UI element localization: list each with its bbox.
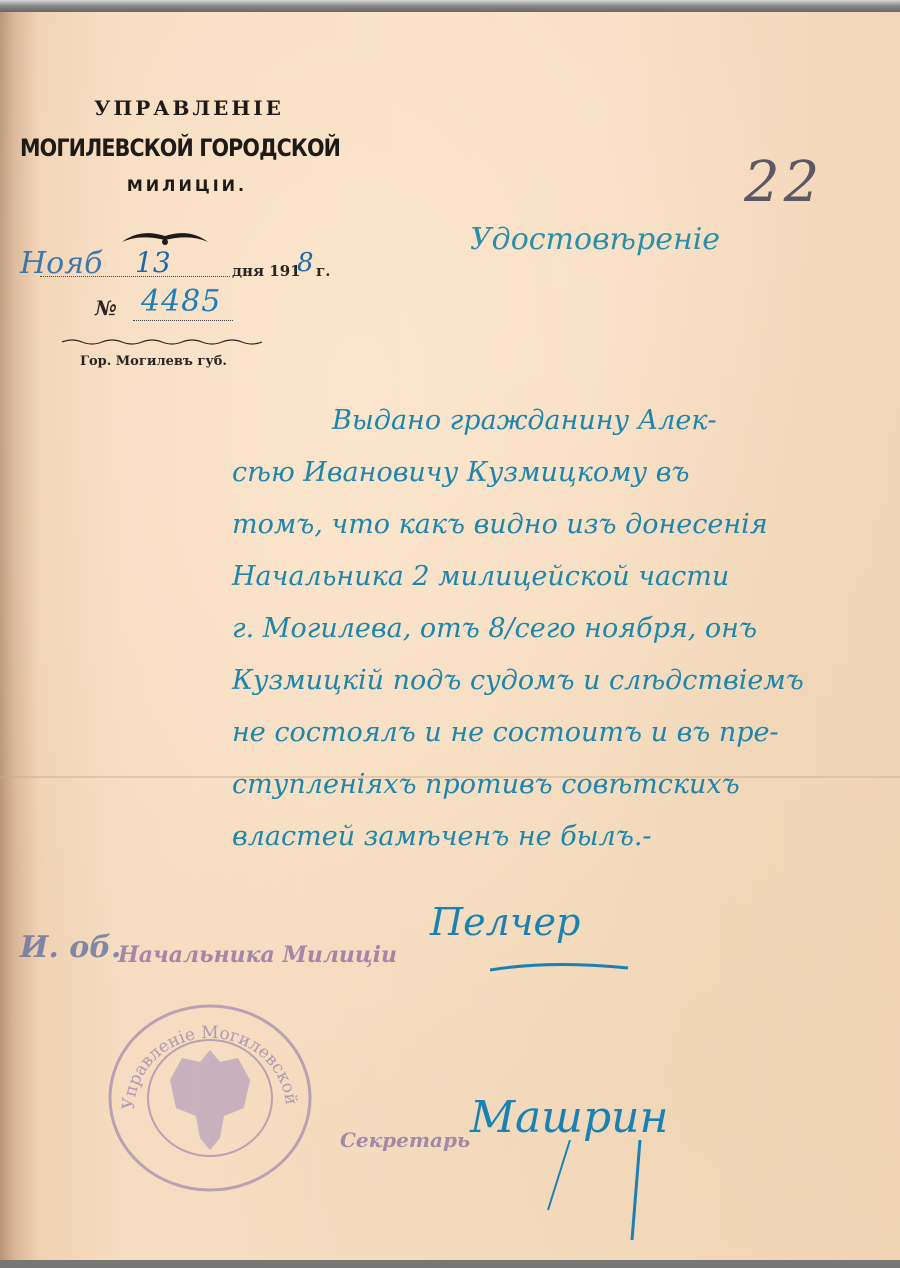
body-line: ступленіяхъ противъ совѣтскихъ [232,759,900,811]
letterhead-line-1: УПРАВЛЕНІЕ [48,96,330,120]
document-number-field: № 4485 [95,290,295,330]
signature-flourish-icon [490,960,630,974]
document-number-handwritten: 4485 [141,284,221,319]
acting-prefix: И. об. [20,930,121,965]
letterhead-line-3: МИЛИЦІИ. [44,176,330,195]
official-seal-icon: Управленіе Могилевской Городской Милиціи [104,1000,316,1196]
body-line: Выдано гражданину Алек- [232,395,900,447]
document-body: Выдано гражданину Алек- сѣю Ивановичу Ку… [232,395,900,863]
body-line: не состоялъ и не состоитъ и въ пре- [232,707,900,759]
date-field: Нояб 13 дня 191 8 г. [20,246,340,286]
chief-signature: Пелчер [430,900,580,944]
body-line: Кузмицкій подъ судомъ и слѣдствіемъ [232,655,900,707]
secretary-signature: Машрин [470,1092,668,1143]
archive-page-number: 22 [744,150,823,215]
ornament-icon [120,228,210,248]
wavy-rule-icon [62,337,262,347]
letterhead-line-2: МОГИЛЕВСКОЙ ГОРОДСКОЙ [20,134,287,162]
date-year-handwritten: 8 [297,248,314,278]
number-sign: № [95,296,117,320]
number-dotted-line [133,320,233,321]
body-line: Начальника 2 милицейской части [232,551,900,603]
date-suffix: г. [316,262,330,280]
chief-title-stamp: Начальника Милиціи [118,942,397,968]
signature-strokes-icon [540,1140,680,1250]
document-title: Удостовѣреніе [470,222,720,257]
date-printed-label: дня 191 [232,262,301,280]
body-line: властей замѣченъ не былъ.- [232,811,900,863]
letterhead-city: Гор. Могилевъ губ. [80,354,227,369]
date-day-handwritten: 13 [135,246,171,279]
chief-signoff: И. об. Начальника Милиціи Пелчер [20,920,660,980]
body-line: томъ, что какъ видно изъ донесенія [232,499,900,551]
printed-letterhead: УПРАВЛЕНІЕ МОГИЛЕВСКОЙ ГОРОДСКОЙ МИЛИЦІИ… [20,96,330,195]
secretary-stamp: Секретарь [340,1128,470,1152]
body-line: сѣю Ивановичу Кузмицкому въ [232,447,900,499]
body-line: г. Могилева, отъ 8/сего ноября, онъ [232,603,900,655]
date-dotted-line [40,276,230,277]
scanner-edge-bottom [0,1260,900,1268]
